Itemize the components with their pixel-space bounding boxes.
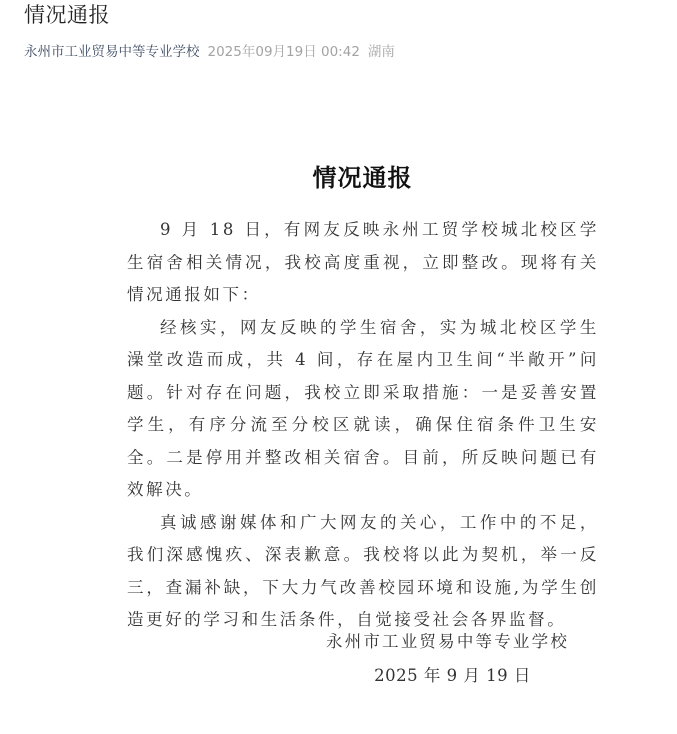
document-body: 9 月 18 日，有网友反映永州工贸学校城北校区学生宿舍相关情况，我校高度重视，… (127, 214, 599, 637)
source-link[interactable]: 永州市工业贸易中等专业学校 (24, 44, 200, 60)
article-meta: 永州市工业贸易中等专业学校2025年09月19日 00:42湖南 (24, 42, 395, 62)
signature-organization: 永州市工业贸易中等专业学校 (109, 628, 677, 652)
notice-document-image: 情况通报 9 月 18 日，有网友反映永州工贸学校城北校区学生宿舍相关情况，我校… (0, 70, 677, 734)
publish-time: 2025年09月19日 00:42 (208, 44, 360, 60)
paragraph-apology: 真诚感谢媒体和广大网友的关心，工作中的不足，我们深感愧疚、深表歉意。我校将以此为… (127, 507, 599, 637)
paragraph-findings: 经核实，网友反映的学生宿舍，实为城北校区学生澡堂改造而成，共 4 间，存在屋内卫… (127, 312, 599, 507)
article-title: 情况通报 (24, 0, 110, 30)
paragraph-incident: 9 月 18 日，有网友反映永州工贸学校城北校区学生宿舍相关情况，我校高度重视，… (127, 214, 599, 312)
document-title: 情况通报 (24, 163, 677, 193)
signature-date: 2025 年 9 月 19 日 (114, 662, 677, 686)
publish-location: 湖南 (368, 44, 395, 60)
